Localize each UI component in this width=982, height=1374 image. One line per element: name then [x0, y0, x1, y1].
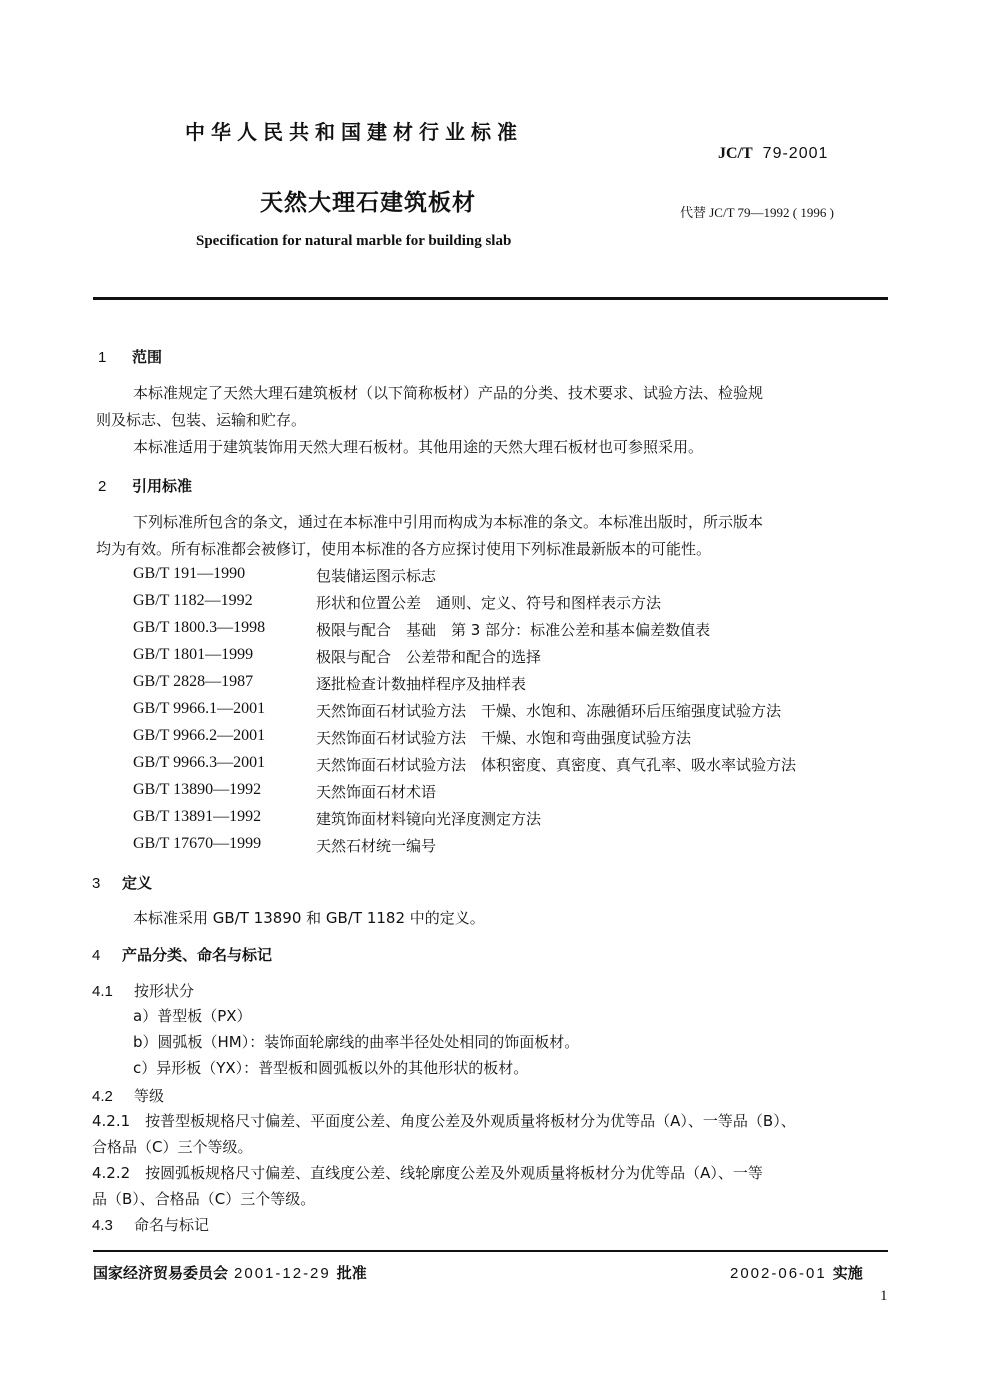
reference-title: 天然饰面石材术语: [316, 781, 436, 802]
reference-code: GB/T 17670—1999: [133, 835, 261, 853]
section-3-heading: 3定义: [92, 872, 152, 893]
s1-paragraph-1-line-2: 则及标志、包装、运输和贮存。: [96, 409, 306, 430]
shape-item-a: a）普型板（PX）: [133, 1005, 252, 1026]
reference-title: 极限与配合 公差带和配合的选择: [316, 646, 541, 667]
standard-code-number: 79-2001: [763, 145, 829, 162]
reference-title: 建筑饰面材料镜向光泽度测定方法: [316, 808, 541, 829]
subsection-title: 等级: [134, 1087, 164, 1105]
clause-4-2-1-line-1: 4.2.1 按普型板规格尺寸偏差、平面度公差、角度公差及外观质量将板材分为优等品…: [92, 1110, 796, 1131]
section-title: 产品分类、命名与标记: [122, 946, 272, 964]
replaces-standard: 代替 JC/T 79—1992 ( 1996 ): [680, 202, 834, 221]
standard-code: JC/T79-2001: [718, 143, 828, 163]
shape-item-b: b）圆弧板（HM）：装饰面轮廓线的曲率半径处处相同的饰面板材。: [133, 1031, 579, 1052]
approving-authority: 国家经济贸易委员会: [93, 1264, 228, 1282]
shape-item-c: c）异形板（YX）：普型板和圆弧板以外的其他形状的板材。: [133, 1057, 528, 1078]
reference-title: 极限与配合 基础 第 3 部分：标准公差和基本偏差数值表: [316, 619, 710, 640]
reference-code: GB/T 13891—1992: [133, 808, 261, 826]
section-number: 1: [98, 349, 132, 366]
clause-4-2-2-line-2: 品（B）、合格品（C）三个等级。: [92, 1188, 315, 1209]
section-number: 4: [92, 947, 122, 964]
reference-title: 包装储运图示标志: [316, 565, 436, 586]
effective-info: 2002-06-01实施: [730, 1262, 863, 1283]
section-number: 3: [92, 875, 122, 892]
subsection-4-2-heading: 4.2等级: [92, 1085, 164, 1106]
approval-label: 批准: [337, 1264, 367, 1282]
subsection-number: 4.1: [92, 983, 134, 1000]
issuing-agency-header: 中华人民共和国建材行业标准: [185, 116, 523, 145]
header-divider: [93, 297, 888, 300]
reference-code: GB/T 2828—1987: [133, 673, 253, 691]
effective-date: 2002-06-01: [730, 1265, 827, 1282]
clause-4-2-2-line-1: 4.2.2 按圆弧板规格尺寸偏差、直线度公差、线轮廓度公差及外观质量将板材分为优…: [92, 1162, 763, 1183]
s2-paragraph-line-1: 下列标准所包含的条文，通过在本标准中引用而构成为本标准的条文。本标准出版时，所示…: [133, 511, 763, 532]
section-1-heading: 1范围: [98, 346, 162, 367]
section-title: 引用标准: [132, 477, 192, 495]
reference-code: GB/T 191—1990: [133, 565, 245, 583]
subsection-4-3-heading: 4.3命名与标记: [92, 1214, 209, 1235]
reference-code: GB/T 1182—1992: [133, 592, 253, 610]
reference-title: 逐批检查计数抽样程序及抽样表: [316, 673, 526, 694]
page-number: 1: [880, 1288, 888, 1305]
footer-divider: [93, 1250, 888, 1252]
effective-label: 实施: [833, 1264, 863, 1282]
subsection-title: 按形状分: [134, 982, 194, 1000]
reference-title: 天然饰面石材试验方法 体积密度、真密度、真气孔率、吸水率试验方法: [316, 754, 796, 775]
section-title: 定义: [122, 874, 152, 892]
s1-paragraph-2: 本标准适用于建筑装饰用天然大理石板材。其他用途的天然大理石板材也可参照采用。: [133, 436, 703, 457]
reference-code: GB/T 1801—1999: [133, 646, 253, 664]
reference-code: GB/T 13890—1992: [133, 781, 261, 799]
standard-code-prefix: JC/T: [718, 145, 753, 162]
document-title-cn: 天然大理石建筑板材: [260, 184, 476, 217]
document-title-en: Specification for natural marble for bui…: [196, 233, 511, 250]
subsection-number: 4.3: [92, 1217, 134, 1234]
subsection-title: 命名与标记: [134, 1216, 209, 1234]
section-title: 范围: [132, 348, 162, 366]
s3-paragraph: 本标准采用 GB/T 13890 和 GB/T 1182 中的定义。: [133, 907, 485, 928]
subsection-4-1-heading: 4.1按形状分: [92, 980, 194, 1001]
reference-title: 形状和位置公差 通则、定义、符号和图样表示方法: [316, 592, 661, 613]
subsection-number: 4.2: [92, 1088, 134, 1105]
clause-4-2-1-line-2: 合格品（C）三个等级。: [92, 1136, 252, 1157]
s2-paragraph-line-2: 均为有效。所有标准都会被修订，使用本标准的各方应探讨使用下列标准最新版本的可能性…: [96, 538, 711, 559]
section-4-heading: 4产品分类、命名与标记: [92, 944, 272, 965]
reference-code: GB/T 9966.2—2001: [133, 727, 265, 745]
reference-title: 天然饰面石材试验方法 干燥、水饱和弯曲强度试验方法: [316, 727, 691, 748]
s1-paragraph-1-line-1: 本标准规定了天然大理石建筑板材（以下简称板材）产品的分类、技术要求、试验方法、检…: [133, 382, 763, 403]
approval-info: 国家经济贸易委员会2001-12-29批准: [93, 1262, 367, 1283]
reference-code: GB/T 1800.3—1998: [133, 619, 265, 637]
reference-code: GB/T 9966.1—2001: [133, 700, 265, 718]
reference-title: 天然饰面石材试验方法 干燥、水饱和、冻融循环后压缩强度试验方法: [316, 700, 781, 721]
section-number: 2: [98, 478, 132, 495]
reference-title: 天然石材统一编号: [316, 835, 436, 856]
section-2-heading: 2引用标准: [98, 475, 192, 496]
approval-date: 2001-12-29: [234, 1265, 331, 1282]
reference-code: GB/T 9966.3—2001: [133, 754, 265, 772]
